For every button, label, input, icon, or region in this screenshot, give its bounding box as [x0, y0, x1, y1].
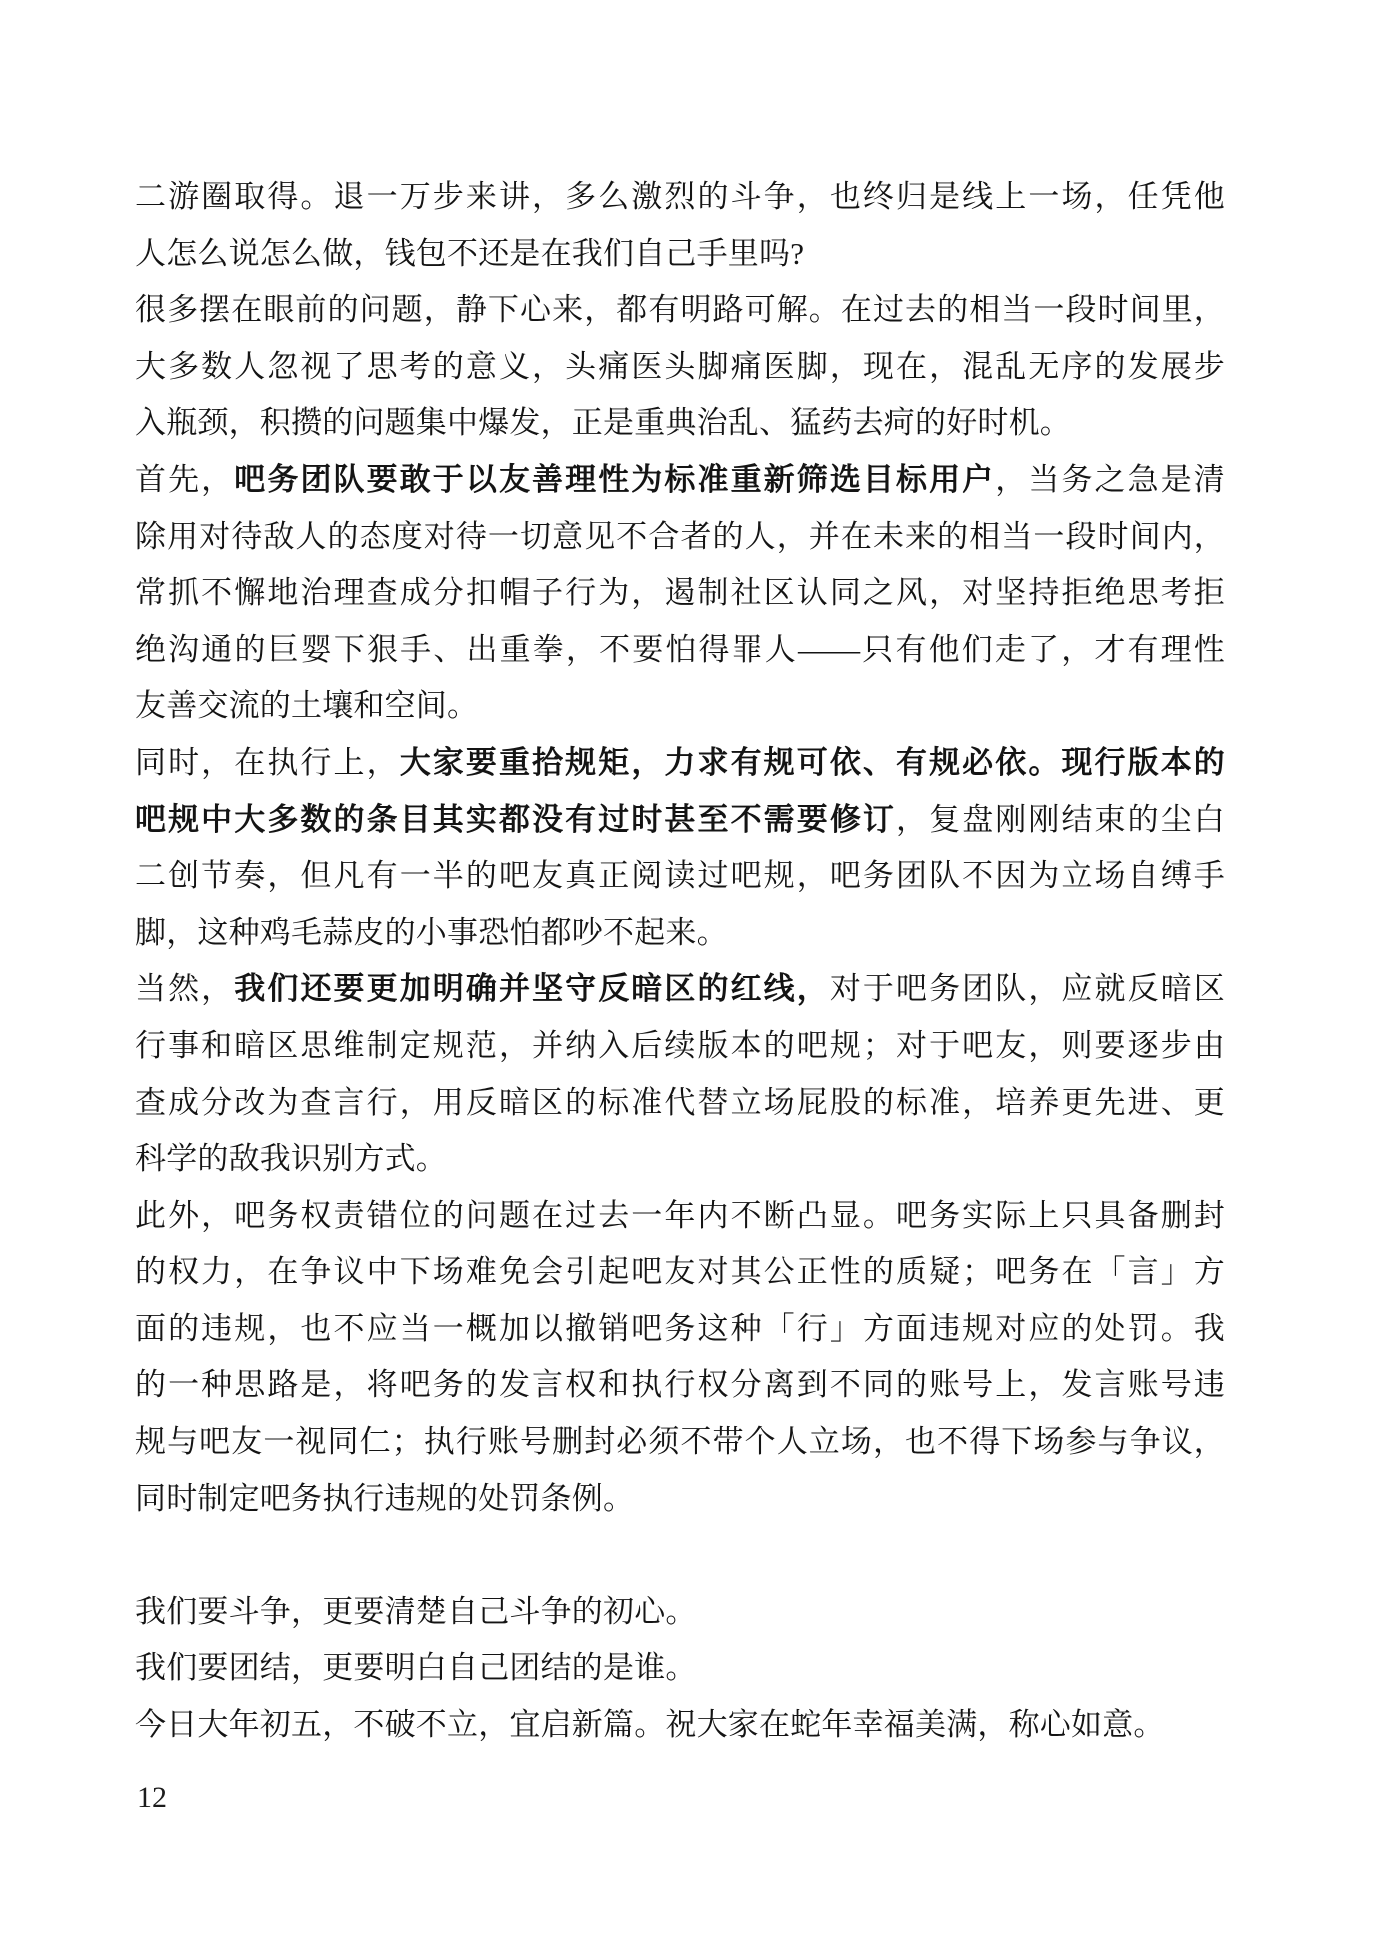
text-line: 我们要团结，更要明白自己团结的是谁。: [135, 1640, 1225, 1697]
text-line: 同时制定吧务执行违规的处罚条例。: [135, 1471, 1225, 1528]
text-segment: 人怎么说怎么做，钱包不还是在我们自己手里吗?: [135, 236, 804, 271]
text-line: 的权力，在争议中下场难免会引起吧友对其公正性的质疑；吧务在「言」方: [135, 1244, 1225, 1301]
text-line: 人怎么说怎么做，钱包不还是在我们自己手里吗?: [135, 226, 1225, 283]
text-segment: 的一种思路是，将吧务的发言权和执行权分离到不同的账号上，发言账号违: [135, 1367, 1225, 1402]
text-line: 二游圈取得。退一万步来讲，多么激烈的斗争，也终归是线上一场，任凭他: [135, 169, 1225, 226]
text-segment: 首先，: [135, 462, 234, 497]
text-segment: 的权力，在争议中下场难免会引起吧友对其公正性的质疑；吧务在「言」方: [135, 1254, 1225, 1289]
text-line: 今日大年初五，不破不立，宜启新篇。祝大家在蛇年幸福美满，称心如意。: [135, 1697, 1225, 1754]
text-segment: 今日大年初五，不破不立，宜启新篇。祝大家在蛇年幸福美满，称心如意。: [135, 1707, 1165, 1742]
text-segment: 当然，: [135, 971, 234, 1006]
text-line: 吧规中大多数的条目其实都没有过时甚至不需要修订，复盘刚刚结束的尘白: [135, 792, 1225, 849]
document-text: 二游圈取得。退一万步来讲，多么激烈的斗争，也终归是线上一场，任凭他人怎么说怎么做…: [135, 169, 1225, 1754]
text-segment: 规与吧友一视同仁；执行账号删封必须不带个人立场，也不得下场参与争议，: [135, 1424, 1225, 1459]
page-number: 12: [137, 1776, 167, 1820]
text-segment: 行事和暗区思维制定规范，并纳入后续版本的吧规；对于吧友，则要逐步由: [135, 1028, 1225, 1063]
text-line: 科学的敌我识别方式。: [135, 1131, 1225, 1188]
bold-text-segment: 大家要重拾规矩，力求有规可依、有规必依。现行版本的: [400, 745, 1225, 780]
text-line: 很多摆在眼前的问题，静下心来，都有明路可解。在过去的相当一段时间里，: [135, 282, 1225, 339]
text-line: 的一种思路是，将吧务的发言权和执行权分离到不同的账号上，发言账号违: [135, 1357, 1225, 1414]
text-segment: 此外，吧务权责错位的问题在过去一年内不断凸显。吧务实际上只具备删封: [135, 1198, 1225, 1233]
text-segment: 二游圈取得。退一万步来讲，多么激烈的斗争，也终归是线上一场，任凭他: [135, 179, 1225, 214]
text-line: 当然，我们还要更加明确并坚守反暗区的红线，对于吧务团队，应就反暗区: [135, 961, 1225, 1018]
text-line: 二创节奏，但凡有一半的吧友真正阅读过吧规，吧务团队不因为立场自缚手: [135, 848, 1225, 905]
text-line: 行事和暗区思维制定规范，并纳入后续版本的吧规；对于吧友，则要逐步由: [135, 1018, 1225, 1075]
text-segment: ，复盘刚刚结束的尘白: [896, 802, 1225, 837]
bold-text-segment: 吧务团队要敢于以友善理性为标准重新筛选目标用户: [234, 462, 995, 497]
text-segment: 入瓶颈，积攒的问题集中爆发，正是重典治乱、猛药去疴的好时机。: [135, 405, 1071, 440]
text-segment: 同时，在执行上，: [135, 745, 400, 780]
text-line: 规与吧友一视同仁；执行账号删封必须不带个人立场，也不得下场参与争议，: [135, 1414, 1225, 1471]
text-segment: 除用对待敌人的态度对待一切意见不合者的人，并在未来的相当一段时间内，: [135, 519, 1225, 554]
text-segment: 脚，这种鸡毛蒜皮的小事恐怕都吵不起来。: [135, 915, 728, 950]
text-line: 大多数人忽视了思考的意义，头痛医头脚痛医脚，现在，混乱无序的发展步: [135, 339, 1225, 396]
document-page: { "colors": { "page_background": "#fffff…: [0, 0, 1375, 1942]
text-line: 查成分改为查言行，用反暗区的标准代替立场屁股的标准，培养更先进、更: [135, 1075, 1225, 1132]
text-segment: 我们要斗争，更要清楚自己斗争的初心。: [135, 1594, 697, 1629]
text-line: 脚，这种鸡毛蒜皮的小事恐怕都吵不起来。: [135, 905, 1225, 962]
text-segment: 绝沟通的巨婴下狠手、出重拳，不要怕得罪人——只有他们走了，才有理性: [135, 632, 1225, 667]
text-segment: 面的违规，也不应当一概加以撤销吧务这种「行」方面违规对应的处罚。我: [135, 1311, 1225, 1346]
bold-text-segment: 我们还要更加明确并坚守反暗区的红线，: [234, 971, 830, 1006]
text-line: 面的违规，也不应当一概加以撤销吧务这种「行」方面违规对应的处罚。我: [135, 1301, 1225, 1358]
text-segment: ，当务之急是清: [995, 462, 1225, 497]
text-line: 入瓶颈，积攒的问题集中爆发，正是重典治乱、猛药去疴的好时机。: [135, 395, 1225, 452]
text-segment: 大多数人忽视了思考的意义，头痛医头脚痛医脚，现在，混乱无序的发展步: [135, 349, 1225, 384]
text-line: 常抓不懈地治理查成分扣帽子行为，遏制社区认同之风，对坚持拒绝思考拒: [135, 565, 1225, 622]
text-line: 除用对待敌人的态度对待一切意见不合者的人，并在未来的相当一段时间内，: [135, 509, 1225, 566]
text-line: 首先，吧务团队要敢于以友善理性为标准重新筛选目标用户，当务之急是清: [135, 452, 1225, 509]
text-line: 此外，吧务权责错位的问题在过去一年内不断凸显。吧务实际上只具备删封: [135, 1188, 1225, 1245]
text-line: 绝沟通的巨婴下狠手、出重拳，不要怕得罪人——只有他们走了，才有理性: [135, 622, 1225, 679]
text-line: 同时，在执行上，大家要重拾规矩，力求有规可依、有规必依。现行版本的: [135, 735, 1225, 792]
bold-text-segment: 吧规中大多数的条目其实都没有过时甚至不需要修订: [135, 802, 896, 837]
text-line: 友善交流的土壤和空间。: [135, 678, 1225, 735]
text-segment: 对于吧务团队，应就反暗区: [830, 971, 1225, 1006]
text-segment: 常抓不懈地治理查成分扣帽子行为，遏制社区认同之风，对坚持拒绝思考拒: [135, 575, 1225, 610]
text-segment: 我们要团结，更要明白自己团结的是谁。: [135, 1650, 697, 1685]
text-segment: 科学的敌我识别方式。: [135, 1141, 447, 1176]
text-segment: 二创节奏，但凡有一半的吧友真正阅读过吧规，吧务团队不因为立场自缚手: [135, 858, 1225, 893]
text-segment: 很多摆在眼前的问题，静下心来，都有明路可解。在过去的相当一段时间里，: [135, 292, 1225, 327]
text-line: 我们要斗争，更要清楚自己斗争的初心。: [135, 1584, 1225, 1641]
text-segment: 友善交流的土壤和空间。: [135, 688, 478, 723]
text-segment: 同时制定吧务执行违规的处罚条例。: [135, 1481, 634, 1516]
blank-line: [135, 1527, 1225, 1584]
text-segment: 查成分改为查言行，用反暗区的标准代替立场屁股的标准，培养更先进、更: [135, 1085, 1225, 1120]
